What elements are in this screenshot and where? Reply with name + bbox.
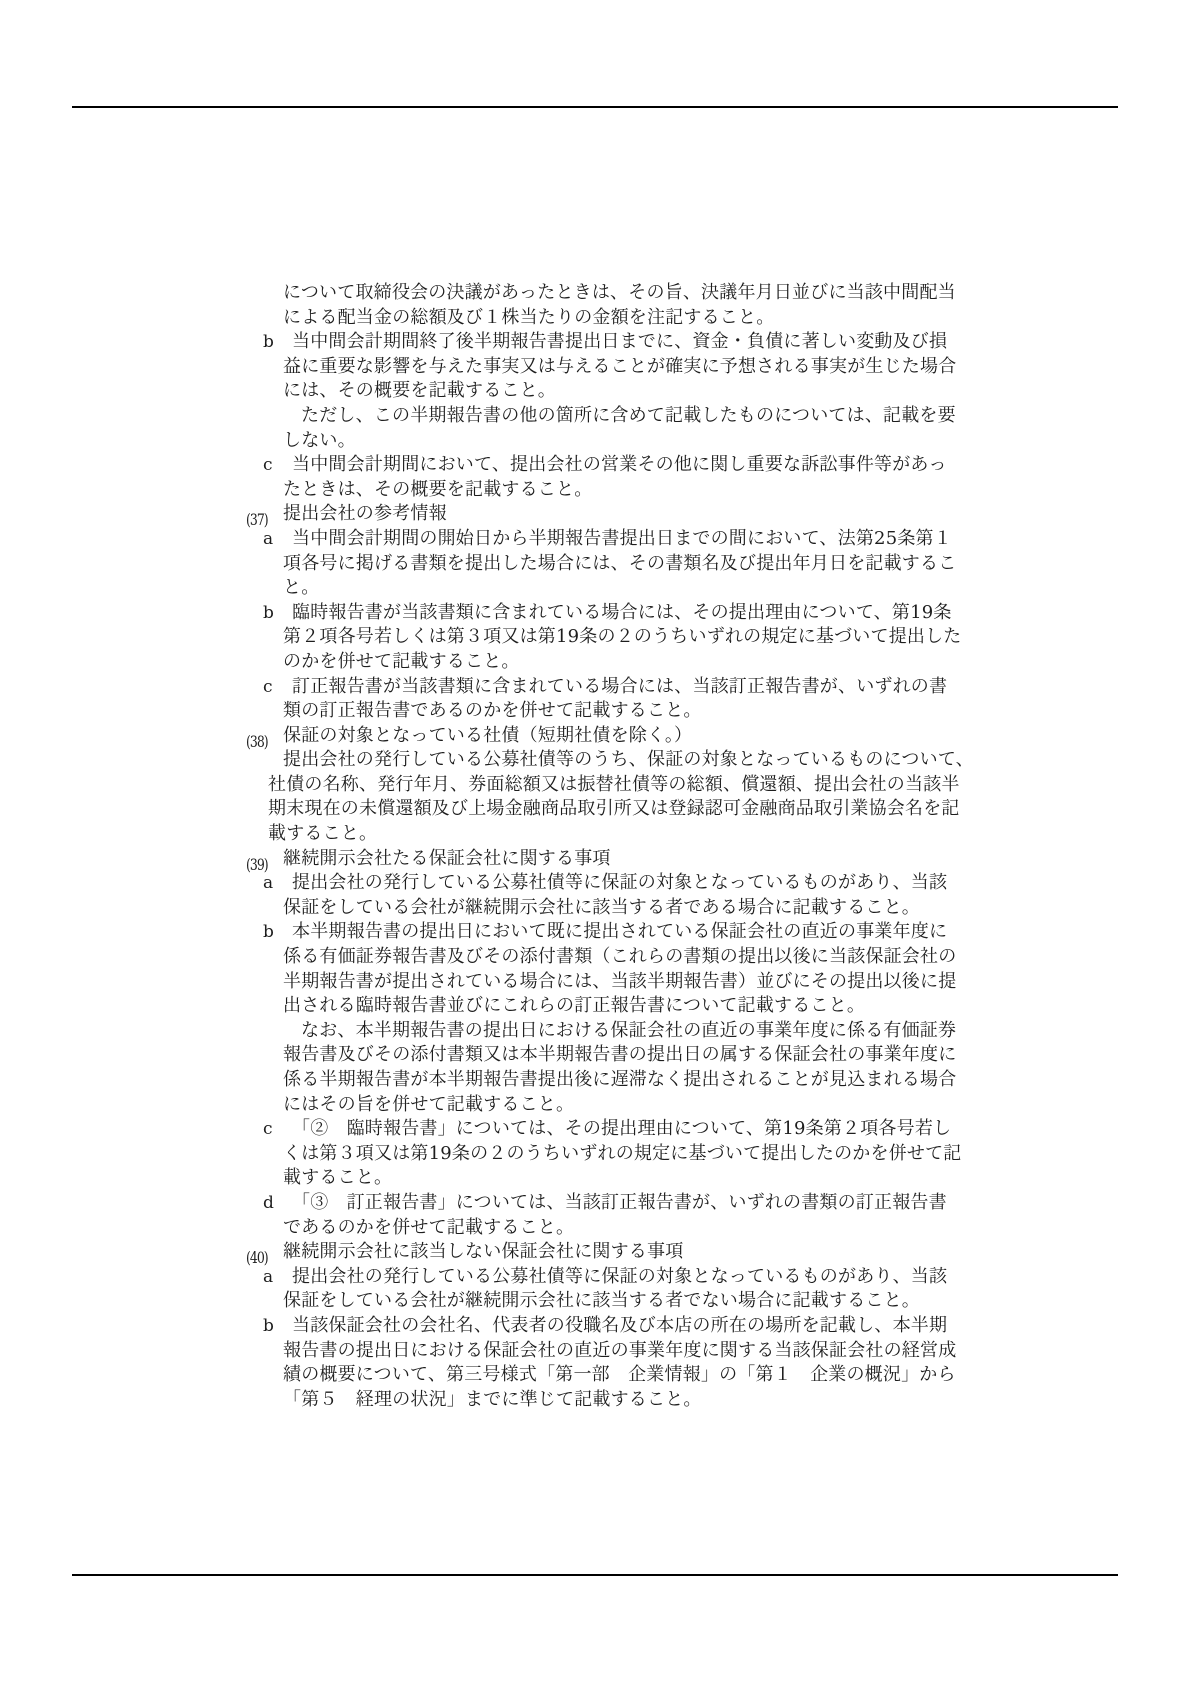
line-text: による配当金の総額及び１株当たりの金額を注記すること。	[283, 307, 774, 328]
text-line: c「② 臨時報告書」については、その提出理由について、第19条第２項各号若し	[0, 1117, 1192, 1142]
text-line: 報告書の提出日における保証会社の直近の事業年度に関する当該保証会社の経営成	[0, 1339, 1192, 1364]
line-text: 当中間会計期間の開始日から半期報告書提出日までの間において、法第25条第１	[292, 528, 952, 549]
line-text: について取締役会の決議があったときは、その旨、決議年月日並びに当該中間配当	[283, 282, 956, 303]
text-line: たときは、その概要を記載すること。	[0, 478, 1192, 503]
line-text: くは第３項又は第19条の２のうちいずれの規定に基づいて提出したのかを併せて記	[283, 1143, 962, 1164]
text-line: 出される臨時報告書並びにこれらの訂正報告書について記載すること。	[0, 994, 1192, 1019]
text-line: c訂正報告書が当該書類に含まれている場合には、当該訂正報告書が、いずれの書	[0, 675, 1192, 700]
text-line: しない。	[0, 429, 1192, 454]
text-line: b本半期報告書の提出日において既に提出されている保証会社の直近の事業年度に	[0, 920, 1192, 945]
text-line: であるのかを併せて記載すること。	[0, 1216, 1192, 1241]
letter-item-marker: a	[263, 1265, 273, 1290]
letter-item-marker: b	[263, 920, 274, 945]
line-text: 当中間会計期間において、提出会社の営業その他に関し重要な訴訟事件等があっ	[292, 454, 947, 475]
text-line: なお、本半期報告書の提出日における保証会社の直近の事業年度に係る有価証券	[0, 1019, 1192, 1044]
text-line: d「③ 訂正報告書」については、当該訂正報告書が、いずれの書類の訂正報告書	[0, 1191, 1192, 1216]
line-text: 績の概要について、第三号様式「第一部 企業情報」の「第１ 企業の概況」から	[283, 1364, 956, 1385]
line-text: 提出会社の発行している公募社債等に保証の対象となっているものがあり、当該	[292, 872, 947, 893]
letter-item-marker: c	[263, 453, 273, 478]
line-text: と。	[283, 577, 319, 598]
text-line: と。	[0, 576, 1192, 601]
text-line: ただし、この半期報告書の他の箇所に含めて記載したものについては、記載を要	[0, 404, 1192, 429]
line-text: 係る有価証券報告書及びその添付書類（これらの書類の提出以後に当該保証会社の	[283, 946, 956, 967]
line-text: 報告書の提出日における保証会社の直近の事業年度に関する当該保証会社の経営成	[283, 1340, 956, 1361]
text-line: 保証をしている会社が継続開示会社に該当する者である場合に記載すること。	[0, 896, 1192, 921]
line-text: 保証をしている会社が継続開示会社に該当する者でない場合に記載すること。	[283, 1290, 920, 1311]
text-line: b当該保証会社の会社名、代表者の役職名及び本店の所在の場所を記載し、本半期	[0, 1314, 1192, 1339]
line-text: 継続開示会社たる保証会社に関する事項	[283, 848, 611, 869]
letter-item-marker: a	[263, 871, 273, 896]
text-line: 提出会社の発行している公募社債等のうち、保証の対象となっているものについて、	[0, 748, 1192, 773]
document-body: について取締役会の決議があったときは、その旨、決議年月日並びに当該中間配当による…	[0, 281, 1192, 1412]
line-text: ただし、この半期報告書の他の箇所に含めて記載したものについては、記載を要	[301, 405, 956, 426]
line-text: 提出会社の参考情報	[283, 503, 447, 524]
bottom-rule	[72, 1574, 1118, 1576]
line-text: たときは、その概要を記載すること。	[283, 479, 592, 500]
line-text: には、その概要を記載すること。	[283, 380, 556, 401]
text-line: b当中間会計期間終了後半期報告書提出日までに、資金・負債に著しい変動及び損	[0, 330, 1192, 355]
line-text: 本半期報告書の提出日において既に提出されている保証会社の直近の事業年度に	[292, 921, 947, 942]
line-text: 保証をしている会社が継続開示会社に該当する者である場合に記載すること。	[283, 897, 920, 918]
text-line: のかを併せて記載すること。	[0, 650, 1192, 675]
text-line: a提出会社の発行している公募社債等に保証の対象となっているものがあり、当該	[0, 871, 1192, 896]
line-text: 提出会社の発行している公募社債等のうち、保証の対象となっているものについて、	[283, 749, 974, 770]
text-line: には、その概要を記載すること。	[0, 379, 1192, 404]
line-text: 半期報告書が提出されている場合には、当該半期報告書）並びにその提出以後に提	[283, 971, 956, 992]
letter-item-marker: c	[263, 675, 273, 700]
line-text: 提出会社の発行している公募社債等に保証の対象となっているものがあり、当該	[292, 1266, 947, 1287]
line-text: 社債の名称、発行年月、券面総額又は振替社債等の総額、償還額、提出会社の当該半	[268, 774, 960, 795]
text-line: による配当金の総額及び１株当たりの金額を注記すること。	[0, 306, 1192, 331]
top-rule	[72, 106, 1118, 108]
line-text: 期末現在の未償還額及び上場金融商品取引所又は登録認可金融商品取引業協会名を記	[268, 798, 960, 819]
line-text: 類の訂正報告書であるのかを併せて記載すること。	[283, 700, 702, 721]
text-line: 保証をしている会社が継続開示会社に該当する者でない場合に記載すること。	[0, 1289, 1192, 1314]
letter-item-marker: c	[263, 1117, 273, 1142]
line-text: なお、本半期報告書の提出日における保証会社の直近の事業年度に係る有価証券	[301, 1020, 956, 1041]
line-text: 「第５ 経理の状況」までに準じて記載すること。	[283, 1389, 702, 1410]
line-text: にはその旨を併せて記載すること。	[283, 1094, 574, 1115]
text-line: b臨時報告書が当該書類に含まれている場合には、その提出理由について、第19条	[0, 601, 1192, 626]
line-text: 載すること。	[283, 1167, 392, 1188]
line-text: 訂正報告書が当該書類に含まれている場合には、当該訂正報告書が、いずれの書	[292, 676, 947, 697]
text-line: 載すること。	[0, 822, 1192, 847]
letter-item-marker: b	[263, 1314, 274, 1339]
text-line: 「第５ 経理の状況」までに準じて記載すること。	[0, 1388, 1192, 1413]
text-line: c当中間会計期間において、提出会社の営業その他に関し重要な訴訟事件等があっ	[0, 453, 1192, 478]
text-line: a提出会社の発行している公募社債等に保証の対象となっているものがあり、当該	[0, 1265, 1192, 1290]
text-line: a当中間会計期間の開始日から半期報告書提出日までの間において、法第25条第１	[0, 527, 1192, 552]
line-text: 益に重要な影響を与えた事実又は与えることが確実に予想される事実が生じた場合	[283, 356, 956, 377]
text-line: 類の訂正報告書であるのかを併せて記載すること。	[0, 699, 1192, 724]
letter-item-marker: b	[263, 601, 274, 626]
line-text: のかを併せて記載すること。	[283, 651, 520, 672]
document-page: について取締役会の決議があったときは、その旨、決議年月日並びに当該中間配当による…	[0, 0, 1192, 1685]
line-text: 当中間会計期間終了後半期報告書提出日までに、資金・負債に著しい変動及び損	[292, 331, 947, 352]
item-heading-line: (38)保証の対象となっている社債（短期社債を除く。）	[0, 724, 1192, 749]
line-text: 係る半期報告書が本半期報告書提出後に遅滞なく提出されることが見込まれる場合	[283, 1069, 956, 1090]
line-text: 「③ 訂正報告書」については、当該訂正報告書が、いずれの書類の訂正報告書	[292, 1192, 947, 1213]
text-line: 第２項各号若しくは第３項又は第19条の２のうちいずれの規定に基づいて提出した	[0, 625, 1192, 650]
text-line: 益に重要な影響を与えた事実又は与えることが確実に予想される事実が生じた場合	[0, 355, 1192, 380]
line-text: 継続開示会社に該当しない保証会社に関する事項	[283, 1241, 683, 1262]
line-text: 保証の対象となっている社債（短期社債を除く。）	[283, 725, 692, 746]
text-line: 係る有価証券報告書及びその添付書類（これらの書類の提出以後に当該保証会社の	[0, 945, 1192, 970]
line-text: 「② 臨時報告書」については、その提出理由について、第19条第２項各号若し	[292, 1118, 951, 1139]
text-line: 半期報告書が提出されている場合には、当該半期報告書）並びにその提出以後に提	[0, 970, 1192, 995]
line-text: 載すること。	[268, 823, 377, 844]
text-line: くは第３項又は第19条の２のうちいずれの規定に基づいて提出したのかを併せて記	[0, 1142, 1192, 1167]
text-line: 期末現在の未償還額及び上場金融商品取引所又は登録認可金融商品取引業協会名を記	[0, 797, 1192, 822]
text-line: 績の概要について、第三号様式「第一部 企業情報」の「第１ 企業の概況」から	[0, 1363, 1192, 1388]
text-line: 社債の名称、発行年月、券面総額又は振替社債等の総額、償還額、提出会社の当該半	[0, 773, 1192, 798]
text-line: 載すること。	[0, 1166, 1192, 1191]
line-text: 臨時報告書が当該書類に含まれている場合には、その提出理由について、第19条	[292, 602, 952, 623]
item-heading-line: (39)継続開示会社たる保証会社に関する事項	[0, 847, 1192, 872]
item-heading-line: (40)継続開示会社に該当しない保証会社に関する事項	[0, 1240, 1192, 1265]
line-text: しない。	[283, 430, 356, 451]
line-text: 報告書及びその添付書類又は本半期報告書の提出日の属する保証会社の事業年度に	[283, 1044, 956, 1065]
item-heading-line: (37)提出会社の参考情報	[0, 502, 1192, 527]
text-line: 項各号に掲げる書類を提出した場合には、その書類名及び提出年月日を記載するこ	[0, 552, 1192, 577]
letter-item-marker: a	[263, 527, 273, 552]
letter-item-marker: d	[263, 1191, 274, 1216]
letter-item-marker: b	[263, 330, 274, 355]
text-line: 係る半期報告書が本半期報告書提出後に遅滞なく提出されることが見込まれる場合	[0, 1068, 1192, 1093]
text-line: にはその旨を併せて記載すること。	[0, 1093, 1192, 1118]
line-text: 当該保証会社の会社名、代表者の役職名及び本店の所在の場所を記載し、本半期	[292, 1315, 947, 1336]
line-text: 第２項各号若しくは第３項又は第19条の２のうちいずれの規定に基づいて提出した	[283, 626, 962, 647]
text-line: 報告書及びその添付書類又は本半期報告書の提出日の属する保証会社の事業年度に	[0, 1043, 1192, 1068]
line-text: であるのかを併せて記載すること。	[283, 1217, 574, 1238]
line-text: 項各号に掲げる書類を提出した場合には、その書類名及び提出年月日を記載するこ	[283, 553, 956, 574]
text-line: について取締役会の決議があったときは、その旨、決議年月日並びに当該中間配当	[0, 281, 1192, 306]
line-text: 出される臨時報告書並びにこれらの訂正報告書について記載すること。	[283, 995, 865, 1016]
